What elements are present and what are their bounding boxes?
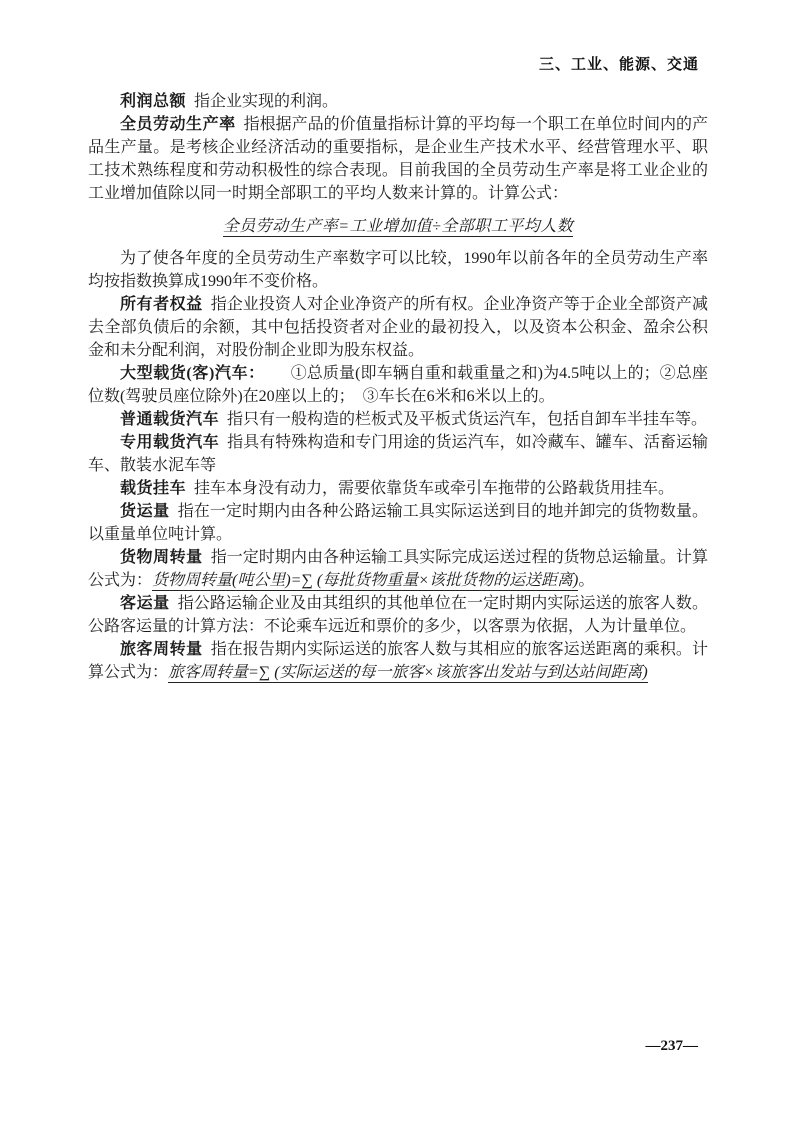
formula-text: 货物周转量(吨公里)=∑ (每批货物重量×该批货物的运送距离) (152, 572, 578, 591)
page-number: —237— (646, 1038, 699, 1055)
para-passenger-volume: 客运量指公路运输企业及由其组织的其他单位在一定时期内实际运送的旅客人数。公路客运… (88, 592, 708, 638)
para-labor-productivity: 全员劳动生产率指根据产品的价值量指标计算的平均每一个职工在单位时间内的产品生产量… (88, 113, 708, 205)
definition-text: 挂车本身没有动力，需要依靠货车或牵引车拖带的公路载货用挂车。 (194, 480, 674, 497)
term-label: 全员劳动生产率 (120, 116, 236, 133)
para-large-truck: 大型载货(客)汽车：①总质量(即车辆自重和载重量之和)为4.5吨以上的；②总座位… (88, 362, 708, 408)
term-label: 客运量 (120, 595, 170, 612)
para-freight-volume: 货运量指在一定时期内由各种公路运输工具实际运送到目的地并卸完的货物数量。以重量单… (88, 500, 708, 546)
formula-suffix: 。 (578, 572, 594, 589)
definition-text: 指企业实现的利润。 (194, 93, 338, 110)
term-label: 旅客周转量 (120, 641, 203, 658)
formula-text: 全员劳动生产率=工业增加值÷全部职工平均人数 (223, 218, 574, 237)
term-label: 利润总额 (120, 93, 186, 110)
term-label: 大型载货(客)汽车： (120, 365, 265, 382)
term-label: 货运量 (120, 503, 170, 520)
formula-text: 旅客周转量=∑ (实际运送的每一旅客×该旅客出发站与到达站间距离) (168, 664, 648, 683)
definition-text: 为了使各年度的全员劳动生产率数字可以比较，1990年以前各年的全员劳动生产率均按… (88, 250, 708, 290)
term-label: 所有者权益 (120, 296, 203, 313)
para-ordinary-truck: 普通载货汽车指只有一般构造的栏板式及平板式货运汽车，包括自卸车半挂车等。 (88, 408, 708, 431)
definition-text: 指在一定时期内由各种公路运输工具实际运送到目的地并卸完的货物数量。以重量单位吨计… (88, 503, 708, 543)
term-label: 货物周转量 (120, 549, 203, 566)
document-page: 三、工业、能源、交通 利润总额指企业实现的利润。 全员劳动生产率指根据产品的价值… (0, 0, 793, 1122)
para-special-truck: 专用载货汽车指具有特殊构造和专门用途的货运汽车，如冷藏车、罐车、活畜运输车、散装… (88, 431, 708, 477)
para-1990-price-note: 为了使各年度的全员劳动生产率数字可以比较，1990年以前各年的全员劳动生产率均按… (88, 247, 708, 293)
term-label: 载货挂车 (120, 480, 186, 497)
para-owners-equity: 所有者权益指企业投资人对企业净资产的所有权。企业净资产等于企业全部资产减去全部负… (88, 293, 708, 362)
running-header: 三、工业、能源、交通 (539, 53, 699, 74)
term-label: 普通载货汽车 (120, 411, 219, 428)
para-total-profit: 利润总额指企业实现的利润。 (88, 90, 708, 113)
para-cargo-trailer: 载货挂车挂车本身没有动力，需要依靠货车或牵引车拖带的公路载货用挂车。 (88, 477, 708, 500)
definition-text: 指公路运输企业及由其组织的其他单位在一定时期内实际运送的旅客人数。公路客运量的计… (88, 595, 708, 635)
page-body: 利润总额指企业实现的利润。 全员劳动生产率指根据产品的价值量指标计算的平均每一个… (88, 90, 708, 684)
definition-text: 指只有一般构造的栏板式及平板式货运汽车，包括自卸车半挂车等。 (227, 411, 707, 428)
formula-labor-productivity: 全员劳动生产率=工业增加值÷全部职工平均人数 (88, 215, 708, 238)
term-label: 专用载货汽车 (120, 434, 219, 451)
para-passenger-turnover: 旅客周转量指在报告期内实际运送的旅客人数与其相应的旅客运送距离的乘积。计算公式为… (88, 638, 708, 684)
para-freight-turnover: 货物周转量指一定时期内由各种运输工具实际完成运送过程的货物总运输量。计算公式为：… (88, 546, 708, 592)
